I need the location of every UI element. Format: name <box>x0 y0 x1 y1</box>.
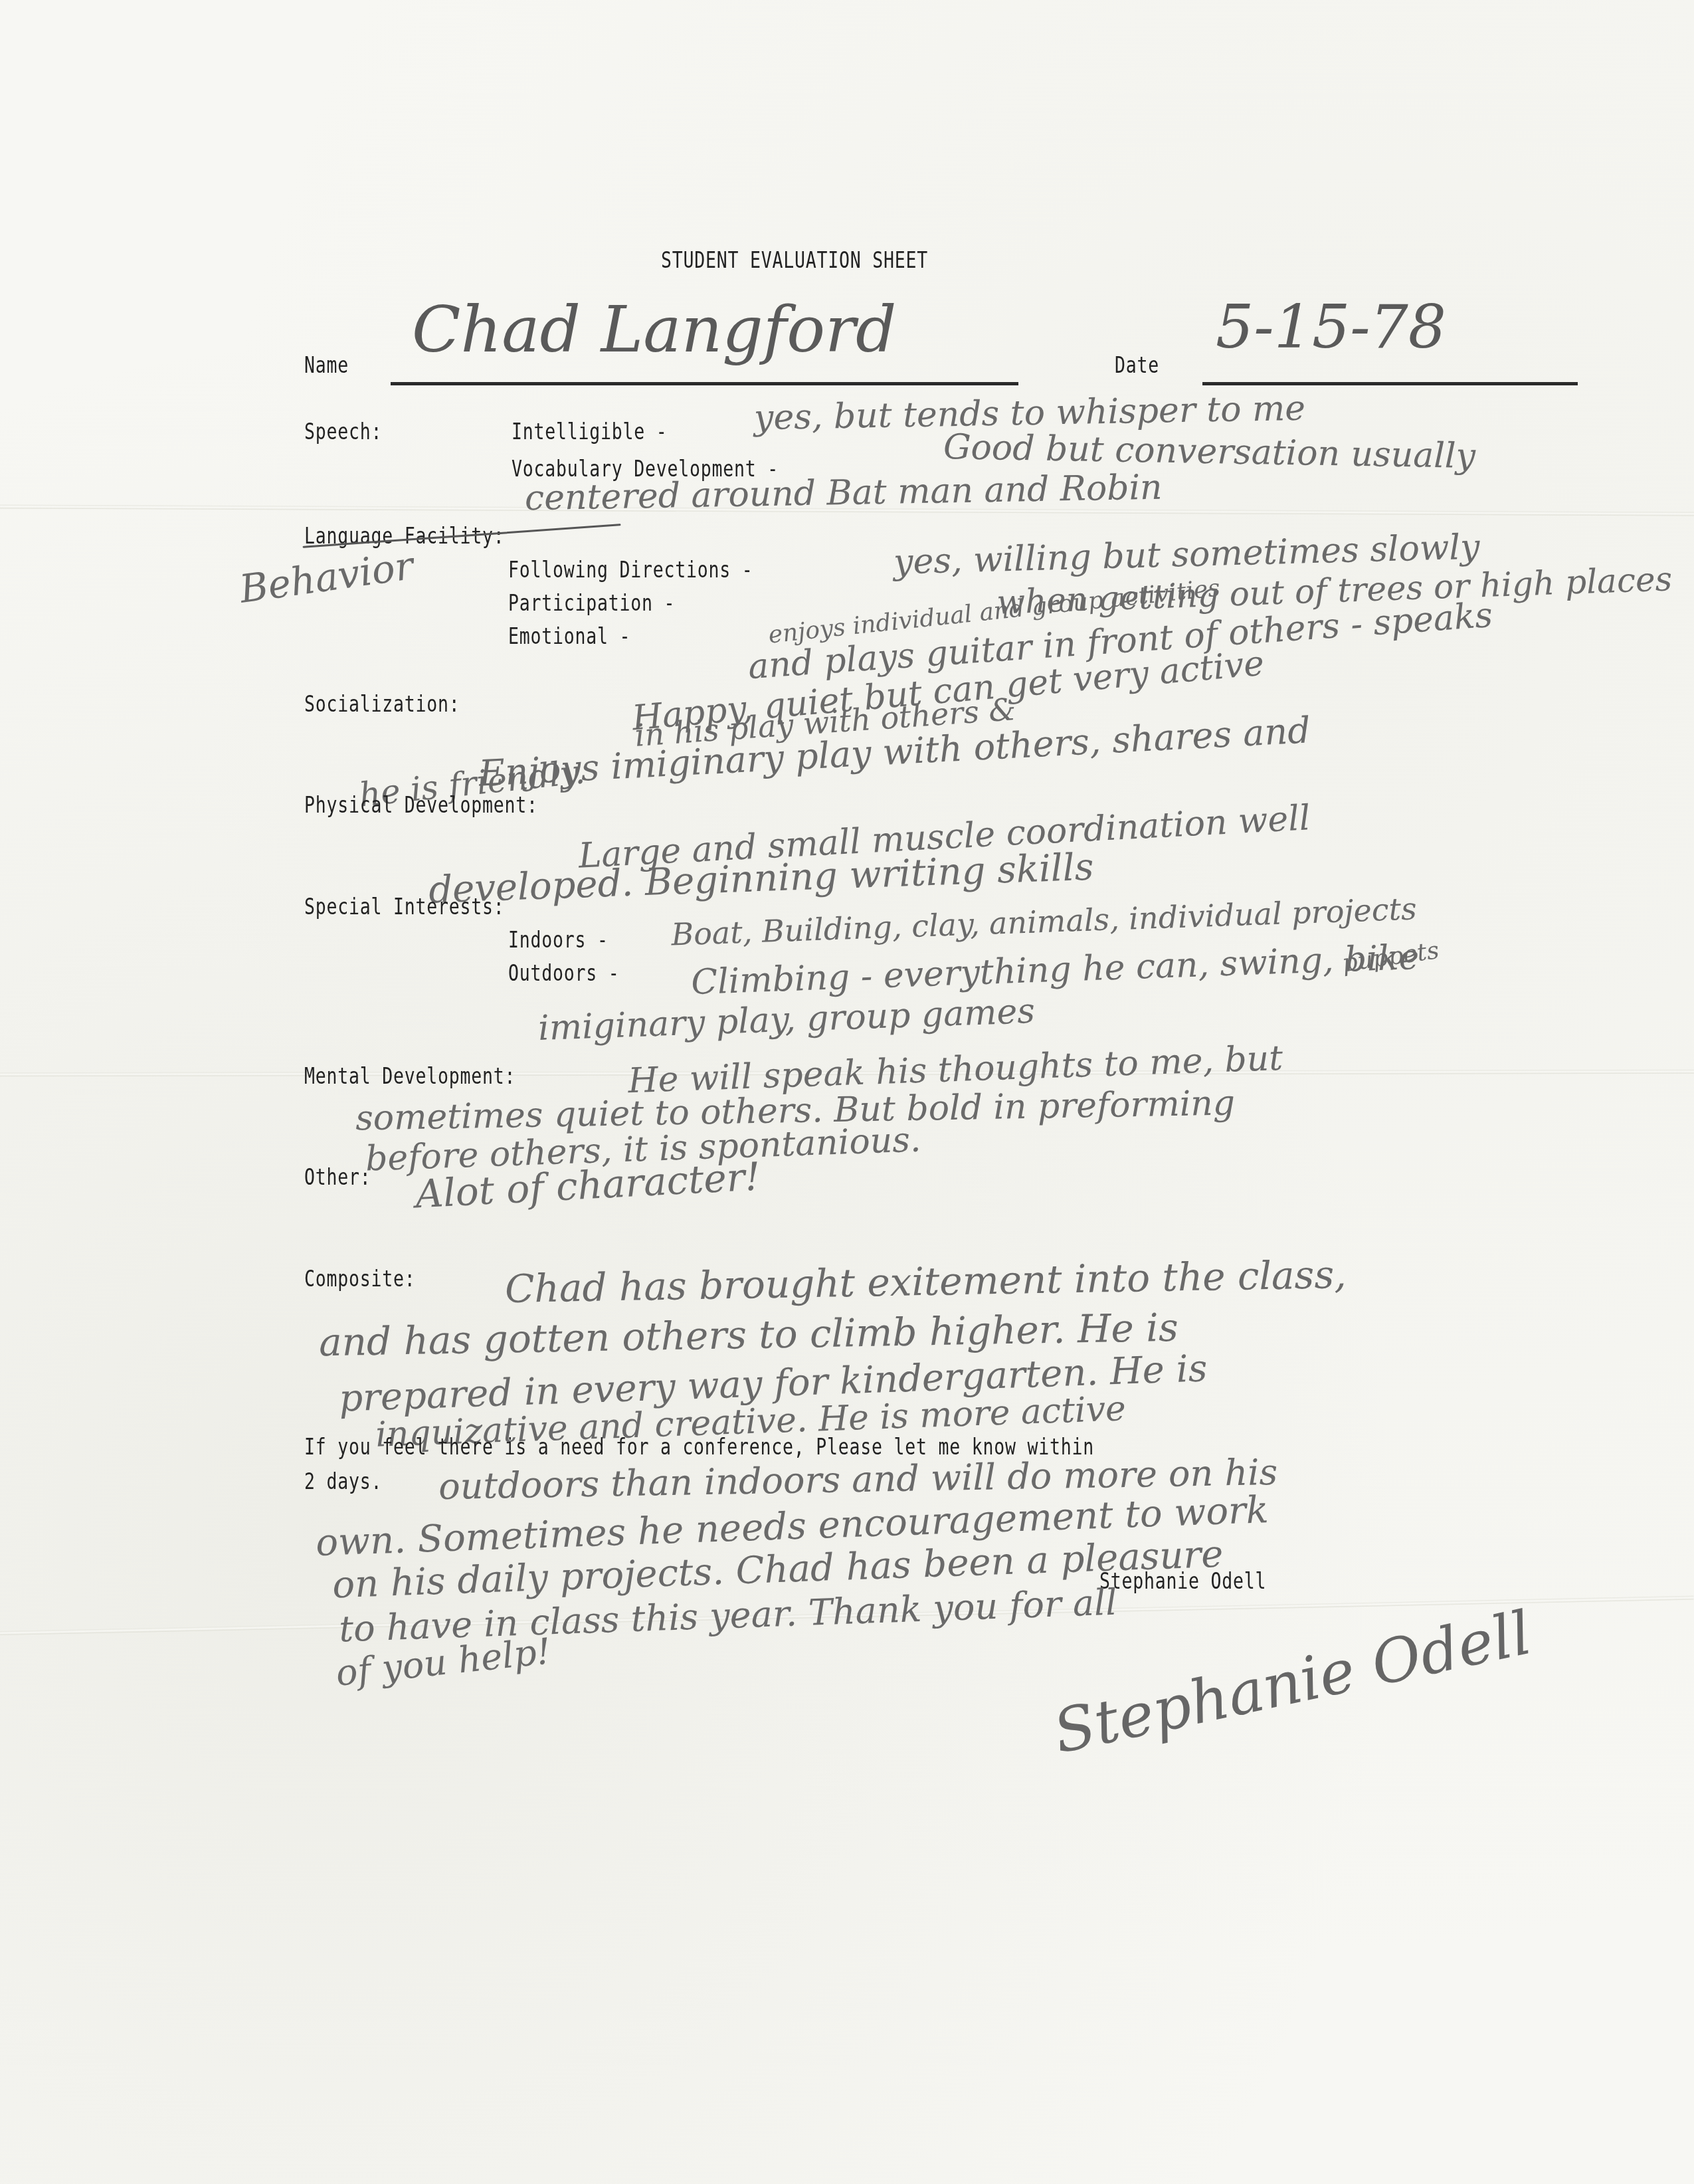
following-directions-label: Following Directions - <box>508 557 753 583</box>
other-label: Other: <box>304 1164 371 1191</box>
emotional-label: Emotional - <box>508 623 630 650</box>
document-title: STUDENT EVALUATION SHEET <box>661 247 928 274</box>
name-underline <box>391 382 1018 385</box>
conference-notice-line-2: 2 days. <box>304 1468 382 1495</box>
speech-label: Speech: <box>304 419 382 445</box>
date-underline <box>1202 382 1578 385</box>
outdoors-label: Outdoors - <box>508 960 619 987</box>
intelligible-label: Intelligible - <box>512 419 667 445</box>
name-value: Chad Langford <box>412 292 896 367</box>
mental-development-label: Mental Development: <box>304 1063 516 1090</box>
special-interests-label: Special Interests: <box>304 894 504 920</box>
physical-development-label: Physical Development: <box>304 792 538 819</box>
date-value: 5-15-78 <box>1216 292 1446 362</box>
participation-label: Participation - <box>508 590 675 617</box>
teacher-typed-name: Stephanie Odell <box>1099 1568 1266 1595</box>
name-label: Name <box>304 352 349 379</box>
indoors-label: Indoors - <box>508 927 609 953</box>
composite-label: Composite: <box>304 1266 415 1292</box>
socialization-label: Socialization: <box>304 691 460 718</box>
date-label: Date <box>1115 352 1159 379</box>
